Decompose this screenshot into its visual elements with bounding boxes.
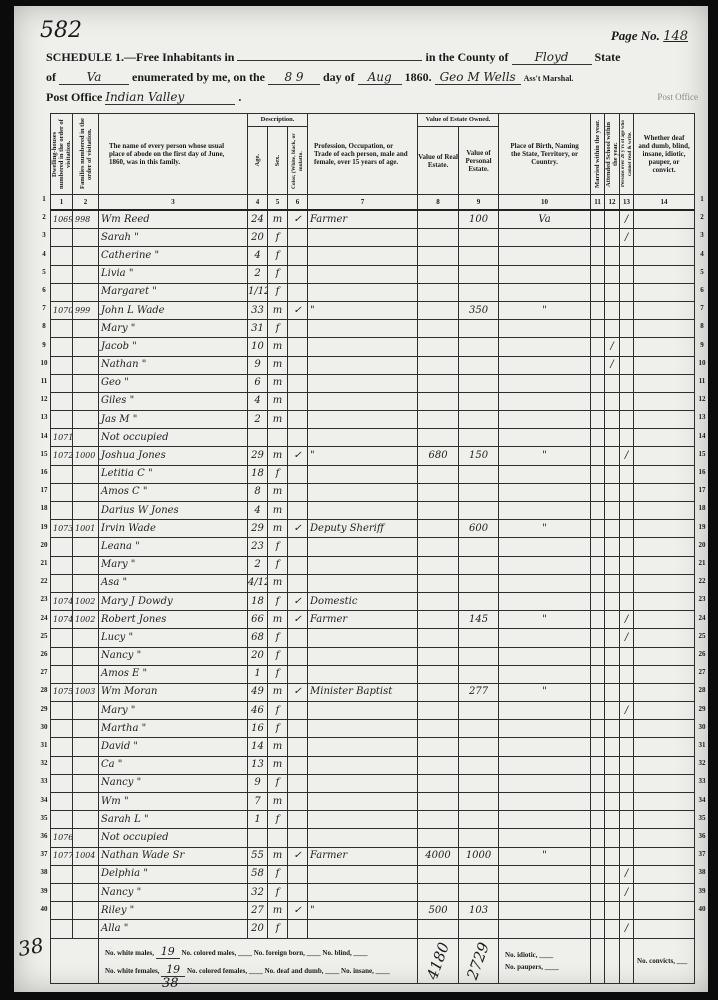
color-cell bbox=[288, 574, 308, 592]
table-row: Riley "27m✓"500103 bbox=[51, 902, 695, 920]
school-cell bbox=[605, 374, 620, 392]
sex-cell bbox=[268, 429, 288, 447]
married-cell bbox=[591, 520, 605, 538]
age-cell: 2 bbox=[248, 556, 268, 574]
family-cell bbox=[73, 338, 99, 356]
age-cell: 20 bbox=[248, 647, 268, 665]
name-cell: Alla " bbox=[99, 920, 248, 938]
birthplace-cell: " bbox=[499, 611, 591, 629]
col-header-school: Attended School within the year. bbox=[605, 114, 620, 195]
line-number: 8 bbox=[696, 322, 708, 330]
school-cell bbox=[605, 647, 620, 665]
line-number: 14 bbox=[38, 432, 50, 440]
birthplace-cell bbox=[499, 229, 591, 247]
occupation-cell bbox=[308, 774, 418, 792]
married-cell bbox=[591, 829, 605, 847]
col-header-married: Married within the year. bbox=[591, 114, 605, 195]
personal-estate-cell bbox=[459, 720, 499, 738]
personal-estate-cell bbox=[459, 756, 499, 774]
age-cell bbox=[248, 429, 268, 447]
real-estate-cell bbox=[418, 756, 459, 774]
married-cell bbox=[591, 883, 605, 901]
birthplace-cell bbox=[499, 592, 591, 610]
line-number: 20 bbox=[38, 541, 50, 549]
color-cell bbox=[288, 556, 308, 574]
school-cell bbox=[605, 720, 620, 738]
personal-estate-cell bbox=[459, 829, 499, 847]
birthplace-cell bbox=[499, 793, 591, 811]
sex-cell: f bbox=[268, 283, 288, 301]
name-cell: Wm Reed bbox=[99, 210, 248, 229]
enumeration-line: of Va enumerated by me, on the 8 9 day o… bbox=[46, 70, 573, 85]
family-cell bbox=[73, 411, 99, 429]
age-cell: 6 bbox=[248, 374, 268, 392]
color-cell: ✓ bbox=[288, 301, 308, 319]
white-females-label: No. white females, bbox=[105, 967, 159, 975]
condition-cell bbox=[634, 392, 695, 410]
sex-cell: m bbox=[268, 483, 288, 501]
dwelling-cell bbox=[51, 356, 73, 374]
line-number: 31 bbox=[38, 741, 50, 749]
line-number: 35 bbox=[38, 814, 50, 822]
birthplace-cell bbox=[499, 556, 591, 574]
sex-cell: m bbox=[268, 738, 288, 756]
summary-counts: No. white males, 19 No. colored males, _… bbox=[99, 938, 418, 983]
line-number: 18 bbox=[38, 504, 50, 512]
real-estate-cell bbox=[418, 611, 459, 629]
line-number: 17 bbox=[38, 486, 50, 494]
summary-convicts: No. convicts, ___ bbox=[634, 938, 695, 983]
line-number: 7 bbox=[38, 304, 50, 312]
group-header-description: Description. bbox=[248, 114, 308, 127]
line-number: 12 bbox=[38, 395, 50, 403]
real-estate-cell bbox=[418, 320, 459, 338]
white-females-value: 19 bbox=[161, 963, 185, 977]
married-cell bbox=[591, 447, 605, 465]
family-cell bbox=[73, 702, 99, 720]
of-label: of bbox=[46, 70, 56, 84]
married-cell bbox=[591, 392, 605, 410]
personal-estate-cell bbox=[459, 811, 499, 829]
school-cell bbox=[605, 556, 620, 574]
illiterate-cell: / bbox=[620, 865, 634, 883]
sex-cell: m bbox=[268, 374, 288, 392]
illiterate-cell: / bbox=[620, 702, 634, 720]
married-cell bbox=[591, 210, 605, 229]
occupation-cell bbox=[308, 647, 418, 665]
school-cell bbox=[605, 411, 620, 429]
dwelling-cell bbox=[51, 720, 73, 738]
white-males-value: 19 bbox=[156, 945, 180, 959]
township-blank bbox=[237, 60, 422, 61]
table-row: Catherine "4f bbox=[51, 247, 695, 265]
schedule-label: SCHEDULE 1.—Free Inhabitants in bbox=[46, 50, 234, 64]
married-cell bbox=[591, 647, 605, 665]
col-header-condition: Whether deaf and dumb, blind, insane, id… bbox=[634, 114, 695, 195]
occupation-cell bbox=[308, 829, 418, 847]
name-cell: Nancy " bbox=[99, 883, 248, 901]
dwelling-cell bbox=[51, 756, 73, 774]
real-estate-cell: 680 bbox=[418, 447, 459, 465]
real-estate-cell bbox=[418, 301, 459, 319]
personal-estate-cell bbox=[459, 574, 499, 592]
table-row: Giles "4m bbox=[51, 392, 695, 410]
line-number: 6 bbox=[696, 286, 708, 294]
school-cell bbox=[605, 483, 620, 501]
family-cell bbox=[73, 374, 99, 392]
age-cell: 9 bbox=[248, 774, 268, 792]
married-cell bbox=[591, 229, 605, 247]
dwelling-cell: 1077 bbox=[51, 847, 73, 865]
sex-cell: m bbox=[268, 902, 288, 920]
line-number: 17 bbox=[696, 486, 708, 494]
dwelling-cell: 1072 bbox=[51, 447, 73, 465]
line-number: 22 bbox=[38, 577, 50, 585]
occupation-cell: " bbox=[308, 447, 418, 465]
name-cell: Jas M " bbox=[99, 411, 248, 429]
line-number: 8 bbox=[38, 322, 50, 330]
occupation-cell: Domestic bbox=[308, 592, 418, 610]
line-number: 24 bbox=[696, 614, 708, 622]
age-cell: 23 bbox=[248, 538, 268, 556]
condition-cell bbox=[634, 374, 695, 392]
line-number: 32 bbox=[38, 759, 50, 767]
personal-estate-cell bbox=[459, 793, 499, 811]
line-number: 12 bbox=[696, 395, 708, 403]
col-header-name: The name of every person whose usual pla… bbox=[99, 114, 248, 195]
table-row: Letitia C "18f bbox=[51, 465, 695, 483]
col-number: 11 bbox=[591, 195, 605, 211]
table-row: Nancy "9f bbox=[51, 774, 695, 792]
school-cell bbox=[605, 538, 620, 556]
sex-cell: m bbox=[268, 847, 288, 865]
line-number: 29 bbox=[38, 705, 50, 713]
birthplace-cell bbox=[499, 829, 591, 847]
condition-cell bbox=[634, 429, 695, 447]
illiterate-cell bbox=[620, 756, 634, 774]
table-row: 10731001Irvin Wade29m✓Deputy Sheriff600" bbox=[51, 520, 695, 538]
col-header-sex: Sex. bbox=[268, 127, 288, 195]
post-office-label: Post Office bbox=[46, 90, 102, 104]
illiterate-cell: / bbox=[620, 210, 634, 229]
school-cell bbox=[605, 465, 620, 483]
condition-cell bbox=[634, 902, 695, 920]
col-header-birthplace: Place of Birth, Naming the State, Territ… bbox=[499, 114, 591, 195]
family-cell bbox=[73, 647, 99, 665]
dwelling-cell bbox=[51, 774, 73, 792]
personal-estate-cell bbox=[459, 592, 499, 610]
col-header-dwelling: Dwelling-houses numbered in the order of… bbox=[51, 114, 73, 195]
personal-estate-cell bbox=[459, 229, 499, 247]
birthplace-cell bbox=[499, 483, 591, 501]
dwelling-cell bbox=[51, 265, 73, 283]
table-row: Sarah L "1f bbox=[51, 811, 695, 829]
condition-cell bbox=[634, 338, 695, 356]
school-cell bbox=[605, 301, 620, 319]
condition-cell bbox=[634, 283, 695, 301]
illiterate-cell bbox=[620, 647, 634, 665]
real-estate-cell bbox=[418, 592, 459, 610]
color-cell bbox=[288, 356, 308, 374]
illiterate-cell bbox=[620, 320, 634, 338]
illiterate-cell bbox=[620, 556, 634, 574]
personal-estate-cell: 100 bbox=[459, 210, 499, 229]
name-cell: Martha " bbox=[99, 720, 248, 738]
personal-estate-cell bbox=[459, 247, 499, 265]
school-cell bbox=[605, 592, 620, 610]
personal-estate-cell bbox=[459, 411, 499, 429]
name-cell: Darius W Jones bbox=[99, 502, 248, 520]
line-number: 27 bbox=[696, 668, 708, 676]
sex-cell: f bbox=[268, 720, 288, 738]
table-row: Delphia "58f/ bbox=[51, 865, 695, 883]
dwelling-cell bbox=[51, 574, 73, 592]
name-cell: Wm " bbox=[99, 793, 248, 811]
name-cell: Irvin Wade bbox=[99, 520, 248, 538]
real-estate-cell bbox=[418, 356, 459, 374]
name-cell: Mary " bbox=[99, 702, 248, 720]
illiterate-cell bbox=[620, 774, 634, 792]
dwelling-cell bbox=[51, 793, 73, 811]
sex-cell: f bbox=[268, 629, 288, 647]
age-cell: 4/12 bbox=[248, 574, 268, 592]
condition-cell bbox=[634, 920, 695, 938]
condition-cell bbox=[634, 774, 695, 792]
real-estate-cell bbox=[418, 229, 459, 247]
sex-cell: m bbox=[268, 502, 288, 520]
school-cell bbox=[605, 683, 620, 701]
line-number: 37 bbox=[38, 850, 50, 858]
dwelling-cell bbox=[51, 374, 73, 392]
illiterate-cell bbox=[620, 538, 634, 556]
line-number: 18 bbox=[696, 504, 708, 512]
insane-label: No. insane, bbox=[341, 967, 374, 975]
sex-cell: f bbox=[268, 592, 288, 610]
col-header-age: Age. bbox=[248, 127, 268, 195]
post-office-value: Indian Valley bbox=[105, 90, 235, 105]
colored-males-label: No. colored males, bbox=[182, 949, 237, 957]
personal-estate-cell bbox=[459, 483, 499, 501]
condition-cell bbox=[634, 538, 695, 556]
occupation-cell: " bbox=[308, 301, 418, 319]
real-estate-cell bbox=[418, 647, 459, 665]
dwelling-cell: 1074 bbox=[51, 592, 73, 610]
line-number: 16 bbox=[38, 468, 50, 476]
married-cell bbox=[591, 738, 605, 756]
table-row: Jas M "2m bbox=[51, 411, 695, 429]
married-cell bbox=[591, 702, 605, 720]
illiterate-cell bbox=[620, 374, 634, 392]
personal-estate-total-cell: 2729 bbox=[459, 938, 499, 983]
family-cell: 1003 bbox=[73, 683, 99, 701]
table-row: 1070999John L Wade33m✓"350" bbox=[51, 301, 695, 319]
color-cell bbox=[288, 738, 308, 756]
condition-cell bbox=[634, 574, 695, 592]
real-estate-cell bbox=[418, 520, 459, 538]
birthplace-cell bbox=[499, 811, 591, 829]
col-number: 7 bbox=[308, 195, 418, 211]
folio-number: 582 bbox=[40, 18, 82, 43]
illiterate-cell bbox=[620, 429, 634, 447]
real-estate-cell bbox=[418, 920, 459, 938]
family-cell bbox=[73, 720, 99, 738]
personal-estate-cell bbox=[459, 374, 499, 392]
real-estate-cell bbox=[418, 556, 459, 574]
table-row: 10721000Joshua Jones29m✓"680150"/ bbox=[51, 447, 695, 465]
line-number: 26 bbox=[696, 650, 708, 658]
family-cell: 1002 bbox=[73, 611, 99, 629]
illiterate-cell bbox=[620, 811, 634, 829]
birthplace-cell bbox=[499, 865, 591, 883]
group-header-estate: Value of Estate Owned. bbox=[418, 114, 499, 127]
sex-cell: m bbox=[268, 520, 288, 538]
col-number: 6 bbox=[288, 195, 308, 211]
condition-cell bbox=[634, 629, 695, 647]
sex-cell: f bbox=[268, 865, 288, 883]
condition-cell bbox=[634, 265, 695, 283]
colored-females-label: No. colored females, bbox=[187, 967, 247, 975]
dwelling-cell bbox=[51, 411, 73, 429]
sex-cell: m bbox=[268, 574, 288, 592]
table-row: Livia "2f bbox=[51, 265, 695, 283]
age-cell: 24 bbox=[248, 210, 268, 229]
age-cell: 1 bbox=[248, 811, 268, 829]
line-number: 5 bbox=[696, 268, 708, 276]
real-estate-cell bbox=[418, 665, 459, 683]
year-value: 1860. bbox=[405, 70, 432, 84]
age-cell: 46 bbox=[248, 702, 268, 720]
color-cell bbox=[288, 502, 308, 520]
day-value: 8 9 bbox=[268, 70, 320, 85]
personal-estate-cell: 150 bbox=[459, 447, 499, 465]
col-number: 2 bbox=[73, 195, 99, 211]
condition-cell bbox=[634, 520, 695, 538]
real-estate-cell bbox=[418, 774, 459, 792]
table-row: Nathan "9m/ bbox=[51, 356, 695, 374]
occupation-cell: Deputy Sheriff bbox=[308, 520, 418, 538]
school-cell bbox=[605, 210, 620, 229]
married-cell bbox=[591, 865, 605, 883]
line-number: 28 bbox=[38, 686, 50, 694]
line-number: 9 bbox=[38, 341, 50, 349]
line-number: 2 bbox=[38, 213, 50, 221]
state-label: State bbox=[595, 50, 621, 64]
personal-estate-cell bbox=[459, 865, 499, 883]
family-cell bbox=[73, 229, 99, 247]
summary-empty bbox=[591, 938, 605, 983]
col-number: 10 bbox=[499, 195, 591, 211]
name-cell: Mary J Dowdy bbox=[99, 592, 248, 610]
school-cell bbox=[605, 320, 620, 338]
sex-cell: f bbox=[268, 920, 288, 938]
color-cell bbox=[288, 702, 308, 720]
family-cell bbox=[73, 556, 99, 574]
color-cell bbox=[288, 665, 308, 683]
name-cell: Delphia " bbox=[99, 865, 248, 883]
real-estate-total: 4180 bbox=[423, 939, 453, 981]
illiterate-cell bbox=[620, 592, 634, 610]
name-cell: Letitia C " bbox=[99, 465, 248, 483]
birthplace-cell bbox=[499, 502, 591, 520]
age-cell: 49 bbox=[248, 683, 268, 701]
marshal-signature: Geo M Wells bbox=[435, 70, 521, 85]
married-cell bbox=[591, 320, 605, 338]
occupation-cell bbox=[308, 665, 418, 683]
birthplace-cell bbox=[499, 665, 591, 683]
married-cell bbox=[591, 411, 605, 429]
line-number: 40 bbox=[696, 905, 708, 913]
line-number: 16 bbox=[696, 468, 708, 476]
married-cell bbox=[591, 756, 605, 774]
col-number: 1 bbox=[51, 195, 73, 211]
illiterate-cell: / bbox=[620, 883, 634, 901]
condition-cell bbox=[634, 483, 695, 501]
age-cell: 55 bbox=[248, 847, 268, 865]
line-number: 33 bbox=[696, 777, 708, 785]
line-number: 26 bbox=[38, 650, 50, 658]
age-cell: 10 bbox=[248, 338, 268, 356]
dwelling-cell bbox=[51, 883, 73, 901]
color-cell: ✓ bbox=[288, 683, 308, 701]
convicts-label: No. convicts, bbox=[637, 957, 675, 965]
summary-idiotic-paupers: No. idiotic, ____ No. paupers, ____ bbox=[499, 938, 591, 983]
age-cell: 18 bbox=[248, 465, 268, 483]
age-cell: 32 bbox=[248, 883, 268, 901]
sex-cell: f bbox=[268, 702, 288, 720]
age-cell bbox=[248, 829, 268, 847]
name-cell: Margaret " bbox=[99, 283, 248, 301]
real-estate-cell bbox=[418, 793, 459, 811]
table-row: 10751003Wm Moran49m✓Minister Baptist277" bbox=[51, 683, 695, 701]
page-label: Page No. bbox=[611, 28, 660, 43]
family-cell bbox=[73, 538, 99, 556]
school-cell bbox=[605, 611, 620, 629]
condition-cell bbox=[634, 847, 695, 865]
name-cell: Ca " bbox=[99, 756, 248, 774]
name-cell: Nancy " bbox=[99, 774, 248, 792]
age-cell: 7 bbox=[248, 793, 268, 811]
table-row: Mary "31f bbox=[51, 320, 695, 338]
school-cell bbox=[605, 520, 620, 538]
table-row: Mary "2f bbox=[51, 556, 695, 574]
illiterate-cell bbox=[620, 483, 634, 501]
illiterate-cell: / bbox=[620, 229, 634, 247]
personal-estate-cell bbox=[459, 883, 499, 901]
table-row: Martha "16f bbox=[51, 720, 695, 738]
married-cell bbox=[591, 247, 605, 265]
personal-estate-cell bbox=[459, 356, 499, 374]
personal-estate-cell bbox=[459, 920, 499, 938]
line-number: 38 bbox=[38, 868, 50, 876]
dwelling-cell: 1073 bbox=[51, 520, 73, 538]
personal-estate-cell bbox=[459, 647, 499, 665]
illiterate-cell bbox=[620, 502, 634, 520]
school-cell bbox=[605, 847, 620, 865]
summary-row: No. white males, 19 No. colored males, _… bbox=[51, 938, 695, 983]
dwelling-cell: 1075 bbox=[51, 683, 73, 701]
col-number: 12 bbox=[605, 195, 620, 211]
illiterate-cell bbox=[620, 793, 634, 811]
table-row: 10741002Robert Jones66m✓Farmer145"/ bbox=[51, 611, 695, 629]
occupation-cell bbox=[308, 738, 418, 756]
occupation-cell bbox=[308, 265, 418, 283]
married-cell bbox=[591, 538, 605, 556]
real-estate-cell bbox=[418, 392, 459, 410]
illiterate-cell: / bbox=[620, 629, 634, 647]
family-cell: 1004 bbox=[73, 847, 99, 865]
foreign-born-label: No. foreign born, bbox=[254, 949, 305, 957]
school-cell bbox=[605, 629, 620, 647]
